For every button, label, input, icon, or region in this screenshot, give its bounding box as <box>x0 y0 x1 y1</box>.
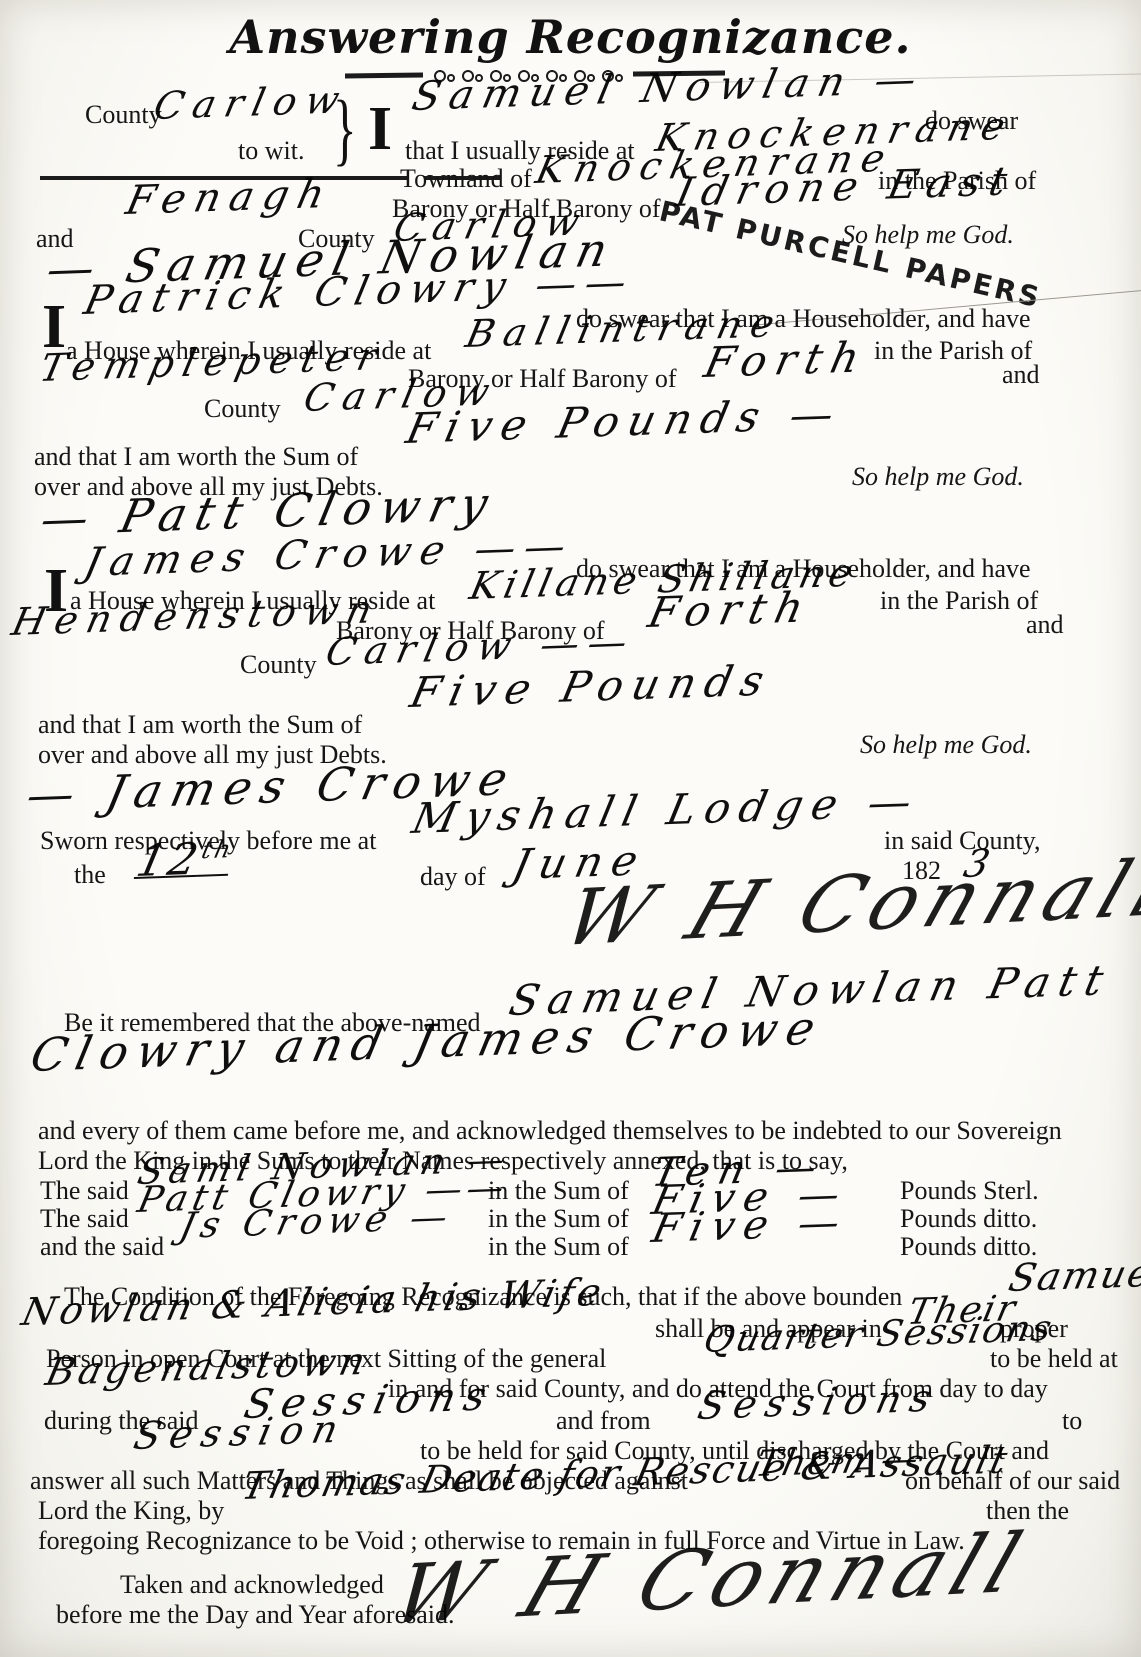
sum-row-mid: in the Sum of <box>488 1232 629 1262</box>
recognizance-document: Answering Recognizance. County Carlow to… <box>0 0 1141 1657</box>
so-help-2: So help me God. <box>852 462 1024 492</box>
sworn-day-suffix: th <box>199 835 237 864</box>
sworn-day-hw: 12th <box>132 833 237 887</box>
pat-purcell-papers-stamp: PAT PURCELL PAPERS <box>656 194 1045 314</box>
condition-l3-end: to be held at <box>990 1344 1118 1374</box>
sum-row-amount-hw: Five — <box>648 1199 853 1252</box>
condition-l5-hw2: Sessions <box>694 1376 944 1428</box>
county-label-2: County <box>204 394 281 424</box>
day-of-label: day of <box>420 862 486 892</box>
condition-l5-end: to <box>1062 1406 1082 1436</box>
sum-row-prefix: and the said <box>40 1232 164 1262</box>
condition-l8: Lord the King, by <box>38 1496 224 1526</box>
parish-value-1-hw: Fenagh <box>122 171 338 224</box>
sworn-day-number: 12 <box>132 834 205 887</box>
and-label-2: and <box>1002 360 1040 390</box>
barony-value-2-hw: Forth <box>700 332 873 387</box>
so-help-3: So help me God. <box>860 730 1032 760</box>
sum-row-unit: Pounds Sterl. <box>900 1176 1039 1206</box>
barony-value-3-hw: Forth <box>644 582 817 637</box>
condition-l5-mid: and from <box>556 1406 651 1436</box>
the-label: the <box>74 860 106 890</box>
sum-row-prefix: The said <box>40 1204 129 1234</box>
worth-label-2: and that I am worth the Sum of <box>34 442 358 472</box>
worth-label-3: and that I am worth the Sum of <box>38 710 362 740</box>
remember-body1: and every of them came before me, and ac… <box>38 1116 1062 1146</box>
sum-row-mid: in the Sum of <box>488 1204 629 1234</box>
townland-label: Townland of <box>400 164 532 194</box>
closing-line1: Taken and acknowledged <box>120 1570 384 1600</box>
sum-row-name-hw: Js Crowe — <box>176 1197 457 1247</box>
sum-row-unit: Pounds ditto. <box>900 1204 1037 1234</box>
county-value-1-hw: Carlow <box>150 77 352 128</box>
pronoun-i-1: I <box>368 98 392 160</box>
in-parish-label-3: in the Parish of <box>880 586 1038 616</box>
county-label-3: County <box>240 650 317 680</box>
sum-row-prefix: The said <box>40 1176 129 1206</box>
condition-l1-hw: Samuel <box>1005 1251 1141 1300</box>
and-label-3: and <box>1026 610 1064 640</box>
condition-l6-hw: Session <box>130 1407 351 1458</box>
to-wit-label: to wit. <box>238 136 304 166</box>
document-title: Answering Recognizance. <box>0 10 1141 64</box>
condition-l2-hw: Nowlan & Alicia his Wife <box>18 1270 609 1334</box>
brace-glyph: } <box>333 84 357 176</box>
